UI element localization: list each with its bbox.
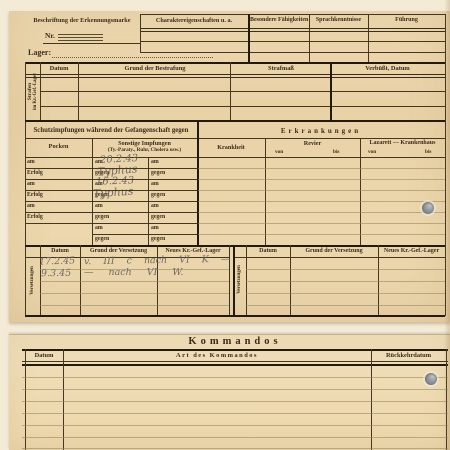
table-rule <box>140 52 445 53</box>
table-rule <box>92 138 93 245</box>
table-rule <box>265 138 266 245</box>
table-rule <box>25 168 197 169</box>
ruled-line <box>22 437 448 438</box>
ruled-line <box>22 389 448 390</box>
table-rule <box>330 62 332 121</box>
scan-edge-shadow <box>444 0 450 450</box>
col-header-charakter: Charaktereigenschaften u. a. <box>142 17 246 24</box>
table-rule <box>22 349 448 351</box>
handwritten-transfer-date: 9.3.45 <box>41 268 71 280</box>
table-rule <box>25 62 445 64</box>
sonstige-b-row-label: am <box>151 203 159 209</box>
pocken-row-label: am <box>27 181 35 187</box>
sonstige-b-row-label: am <box>151 181 159 187</box>
sonstige-a-row-label: am <box>95 203 103 209</box>
ruled-line <box>22 425 448 426</box>
sonstige-b-row-label: gegen <box>151 236 165 242</box>
ruled-line <box>198 190 445 191</box>
table-rule <box>233 245 235 316</box>
ruled-line <box>246 281 445 282</box>
table-rule <box>92 234 197 235</box>
sonstige-b-row-label: am <box>151 159 159 165</box>
pocken-row-label: Erfolg <box>27 214 43 220</box>
table-rule <box>230 62 231 121</box>
strafen-side-label: Strafen im Kr.-Gef.-Lager <box>25 62 40 121</box>
col-header-datum: Datum <box>40 65 78 72</box>
revier-von-label: von <box>275 149 283 155</box>
col-header-grund-versetzung: Grund der Versetzung <box>80 248 157 254</box>
col-header-datum: Datum <box>40 248 80 254</box>
ruled-line <box>22 377 448 378</box>
lazarett-bis-label: bis <box>425 149 431 155</box>
col-header-rueckkehrdatum: Rückkehrdatum <box>371 352 446 359</box>
table-rule <box>25 179 197 180</box>
strafen-side-label-line2: im Kr.-Gef.-Lager <box>33 73 39 110</box>
table-rule <box>148 157 149 245</box>
hole-punch <box>425 373 437 385</box>
table-rule <box>140 41 445 42</box>
ruled-line <box>198 179 445 180</box>
table-rule <box>25 315 445 317</box>
col-subheader-sonstige-impfungen: (Ty.-Paraty., Ruhr, Cholera usw.) <box>94 147 195 153</box>
table-rule <box>78 62 79 121</box>
ruled-line <box>198 212 445 213</box>
handwritten-transfer-date: 17.2.45 <box>39 255 76 267</box>
kommandos-title: Kommandos <box>110 336 360 347</box>
handwritten-transfer-text: — nach VI W. <box>84 267 184 278</box>
sonstige-b-row-label: gegen <box>151 170 165 176</box>
col-header-lazarett: Lazarett — Krankenhaus <box>362 140 443 146</box>
sonstige-b-row-label: gegen <box>151 192 165 198</box>
sonstige-a-row-label: am <box>95 225 103 231</box>
table-rule <box>309 14 310 62</box>
nr-writing-line <box>58 34 103 35</box>
lager-label: Lager: <box>28 48 51 57</box>
impfungen-title: Schutzimpfungen während der Gefangenscha… <box>27 127 195 134</box>
ruled-line <box>40 293 229 294</box>
versetzungen-side-label: Versetzungen <box>25 245 40 316</box>
col-header-verbuesst: Verbüßt, Datum <box>332 65 443 72</box>
ruled-line <box>198 223 445 224</box>
table-rule <box>25 157 445 158</box>
table-rule <box>140 28 445 32</box>
col-header-grund-bestrafung: Grund der Bestrafung <box>80 65 230 72</box>
ruled-line <box>246 293 445 294</box>
ruled-line <box>246 269 445 270</box>
ruled-line <box>40 281 229 282</box>
table-rule <box>233 257 445 258</box>
sonstige-a-row-label: gegen <box>95 214 109 220</box>
scanned-form-page: Beschriftung der Erkennungsmarke Nr. Lag… <box>0 0 450 450</box>
lazarett-von-label: von <box>368 149 376 155</box>
revier-bis-label: bis <box>333 149 339 155</box>
erkrankungen-title: Erkrankungen <box>197 127 445 135</box>
table-rule <box>40 91 445 92</box>
table-rule <box>63 349 64 450</box>
ruled-line <box>198 234 445 235</box>
col-header-neues-lager: Neues Kr.-Gef.-Lager <box>378 248 445 254</box>
table-rule <box>25 190 197 191</box>
hole-punch <box>422 202 434 214</box>
sonstige-a-row-label: gegen <box>95 236 109 242</box>
table-rule <box>22 364 448 366</box>
col-header-krankheit: Krankheit <box>199 144 263 151</box>
col-header-revier: Revier <box>267 140 358 147</box>
sonstige-b-row-label: gegen <box>151 214 165 220</box>
id-box-rule <box>43 43 140 44</box>
col-header-sprachkenntnisse: Sprachkenntnisse <box>311 17 366 23</box>
table-rule <box>25 74 445 78</box>
ruled-line <box>246 305 445 306</box>
versetzungen-side-label-text: Versetzungen <box>237 265 243 294</box>
id-box-label: Beschriftung der Erkennungsmarke <box>27 17 137 24</box>
table-rule <box>25 349 26 450</box>
table-rule <box>25 223 197 224</box>
ruled-line <box>198 168 445 169</box>
table-rule <box>22 361 448 362</box>
col-header-fuehrung: Führung <box>370 17 443 23</box>
col-header-strafmass: Strafmaß <box>234 65 328 72</box>
table-rule <box>197 121 199 245</box>
nr-label: Nr. <box>45 31 55 40</box>
table-rule <box>25 120 445 122</box>
table-rule <box>368 14 369 62</box>
table-rule <box>248 14 250 62</box>
pocken-row-label: Erfolg <box>27 170 43 176</box>
table-rule <box>25 212 197 213</box>
col-header-datum: Datum <box>246 248 290 254</box>
pocken-row-label: am <box>27 159 35 165</box>
table-rule <box>371 349 372 450</box>
table-rule <box>25 201 197 202</box>
sonstige-b-row-label: am <box>151 225 159 231</box>
col-header-pocken: Pocken <box>27 143 90 150</box>
ruled-line <box>198 201 445 202</box>
pocken-row-label: Erfolg <box>27 192 43 198</box>
table-rule <box>25 138 445 139</box>
col-header-sonstige-impfungen: Sonstige Impfungen <box>94 140 195 147</box>
table-rule <box>140 14 445 15</box>
pocken-row-label: am <box>27 203 35 209</box>
table-rule <box>140 14 141 52</box>
lager-writing-line <box>52 56 213 58</box>
ruled-line <box>22 401 448 402</box>
nr-writing-line <box>58 37 103 38</box>
ruled-line <box>22 448 448 449</box>
col-header-datum: Datum <box>25 352 63 359</box>
ruled-line <box>40 305 229 306</box>
table-rule <box>40 106 445 107</box>
table-rule <box>360 138 361 245</box>
col-header-art-des-kommandos: Art des Kommandos <box>63 352 371 359</box>
table-rule <box>40 62 41 121</box>
nr-writing-line <box>58 40 103 41</box>
versetzungen-side-label-text: Versetzungen <box>30 266 36 295</box>
ruled-line <box>22 413 448 414</box>
col-header-grund-versetzung: Grund der Versetzung <box>290 248 378 254</box>
col-header-faehigkeiten: Besondere Fähigkeiten <box>250 17 307 23</box>
